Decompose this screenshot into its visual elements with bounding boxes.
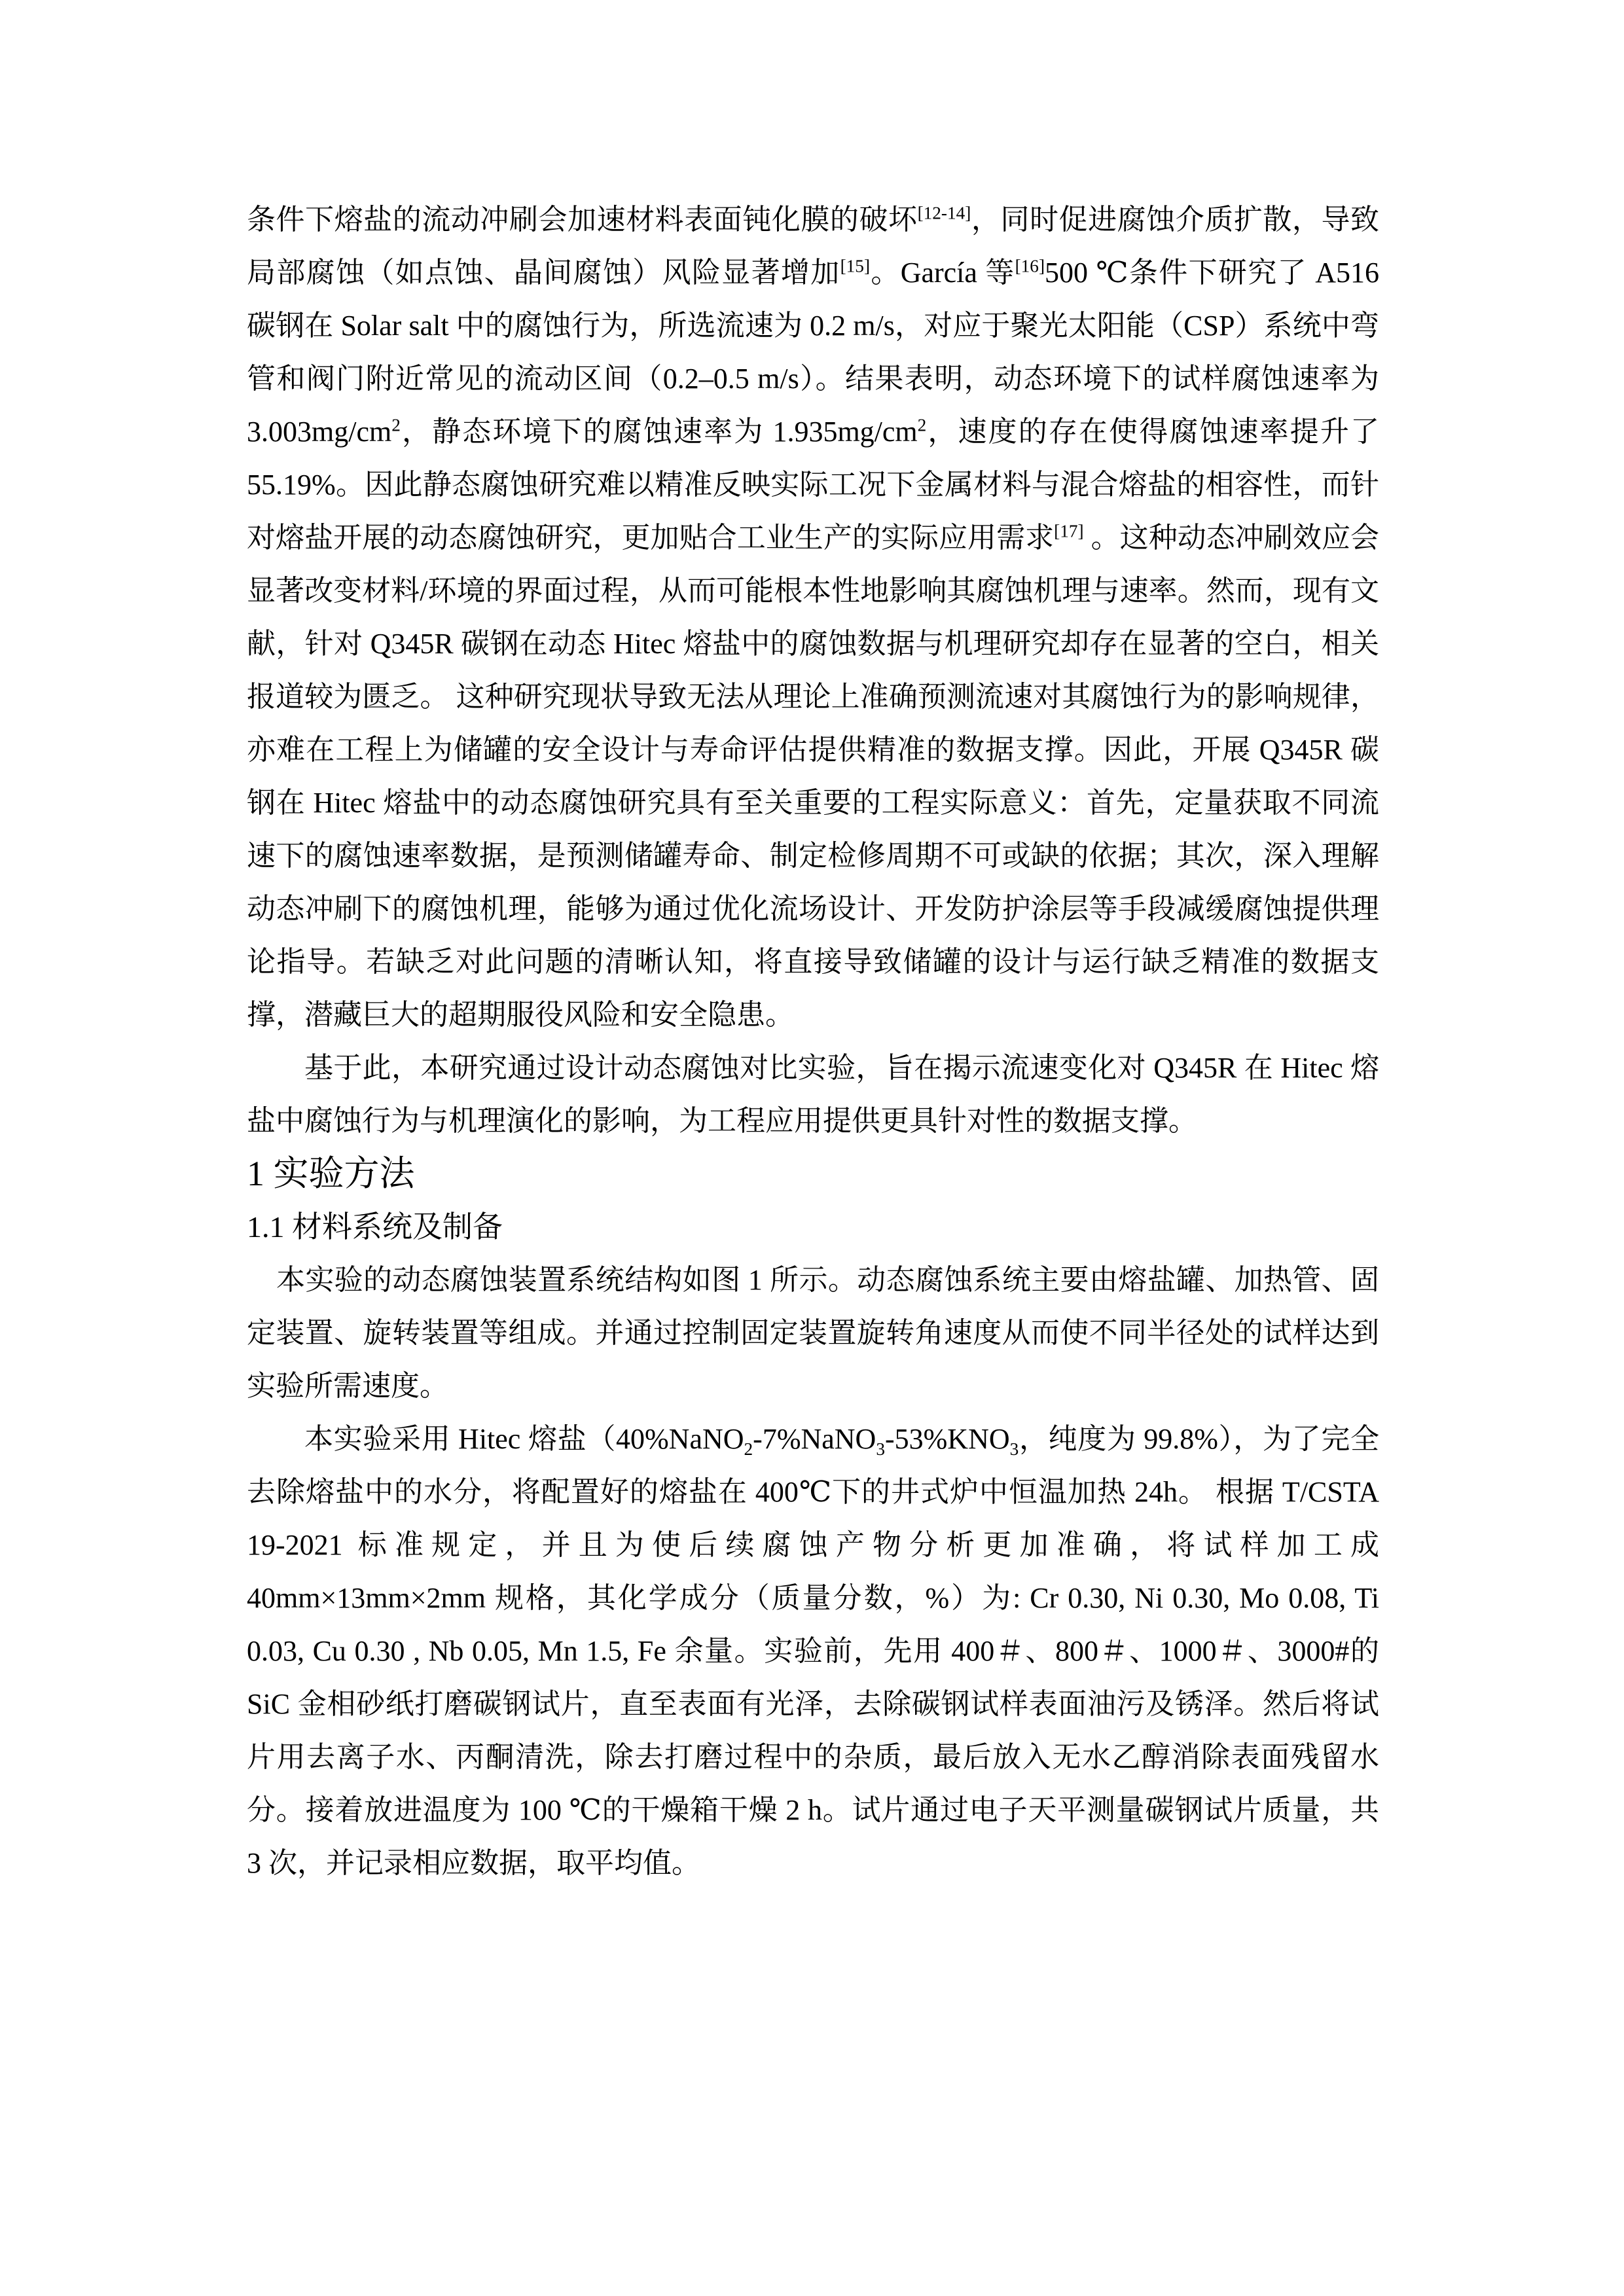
page-content: 条件下熔盐的流动冲刷会加速材料表面钝化膜的破坏[12-14]，同时促进腐蚀介质扩… [247, 193, 1379, 1890]
chemical-subscript: 3 [1010, 1439, 1019, 1459]
citation-superscript: 2 [391, 415, 401, 435]
citation-superscript: [16] [1015, 256, 1045, 276]
citation-superscript: [12-14] [918, 203, 971, 223]
intro-paragraph: 条件下熔盐的流动冲刷会加速材料表面钝化膜的破坏[12-14]，同时促进腐蚀介质扩… [247, 193, 1379, 1041]
purpose-paragraph: 基于此，本研究通过设计动态腐蚀对比实验，旨在揭示流速变化对 Q345R 在 Hi… [247, 1041, 1379, 1147]
citation-superscript: 2 [918, 415, 927, 435]
citation-superscript: [15] [840, 256, 870, 276]
manuscript-page: 条件下熔盐的流动冲刷会加速材料表面钝化膜的破坏[12-14]，同时促进腐蚀介质扩… [0, 0, 1624, 2296]
subsection-heading: 1.1 材料系统及制备 [247, 1200, 1379, 1253]
apparatus-paragraph: 本实验的动态腐蚀装置系统结构如图 1 所示。动态腐蚀系统主要由熔盐罐、加热管、固… [247, 1253, 1379, 1412]
chemical-subscript: 3 [876, 1439, 885, 1459]
citation-superscript: [17] [1054, 521, 1083, 541]
preparation-paragraph: 本实验采用 Hitec 熔盐（40%NaNO2-7%NaNO3-53%KNO3，… [247, 1412, 1379, 1890]
section-heading: 1 实验方法 [247, 1147, 1379, 1200]
chemical-subscript: 2 [744, 1439, 753, 1459]
